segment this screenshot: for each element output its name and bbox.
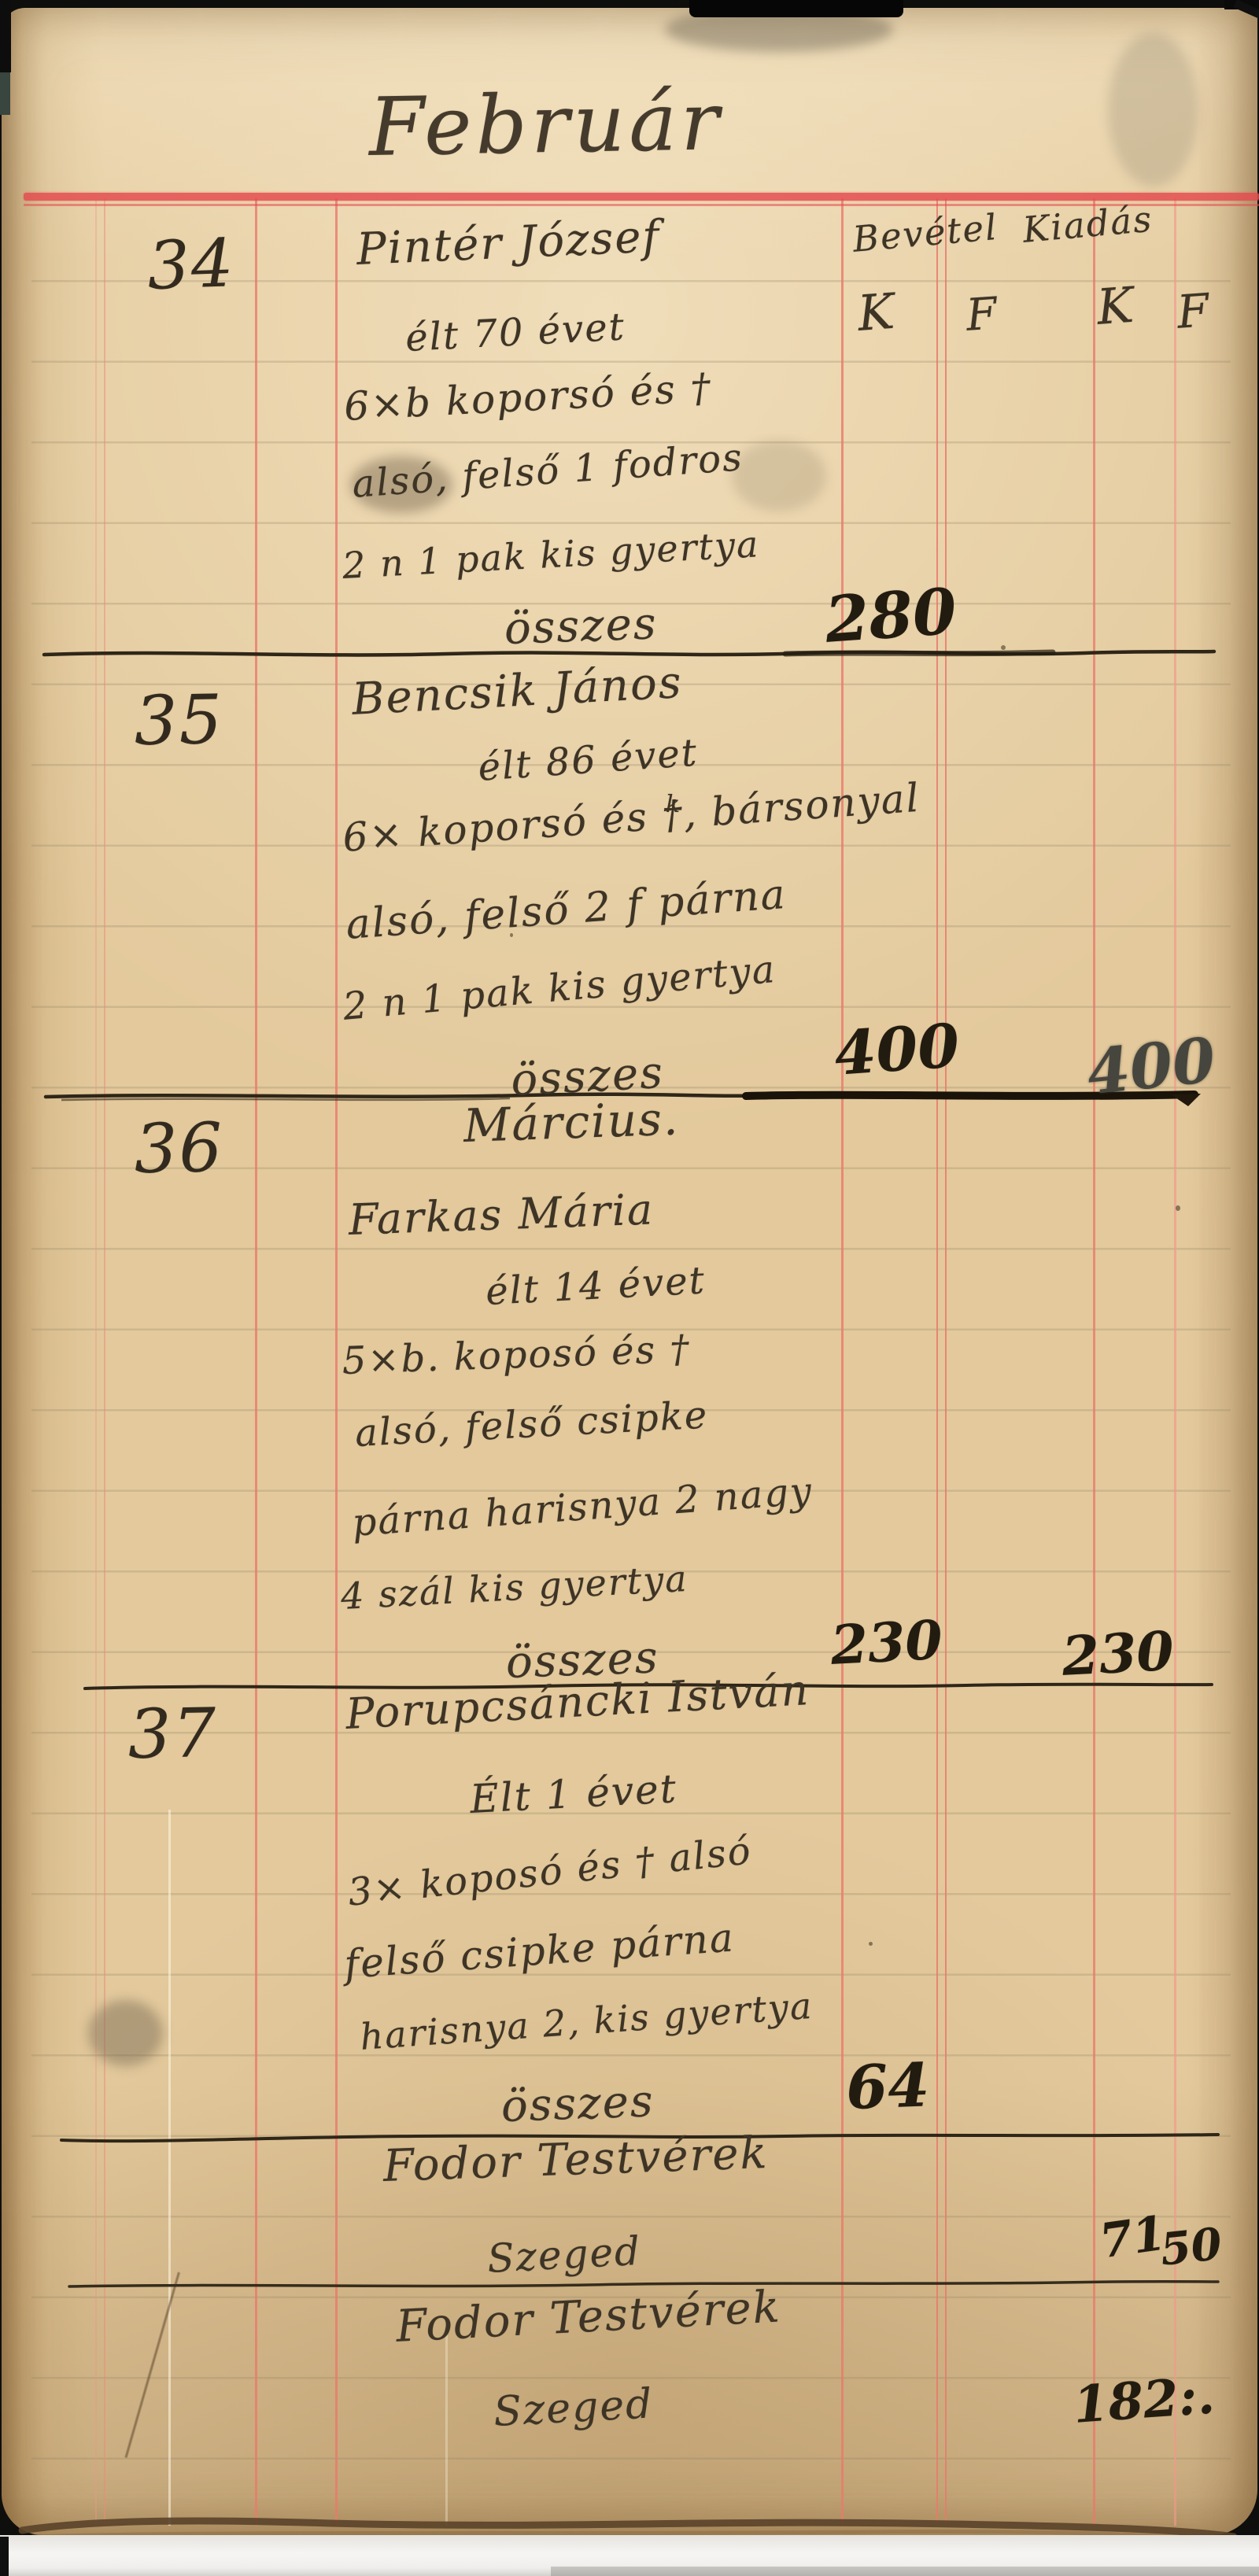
ledger-page: [2, 8, 1257, 2535]
bottom-scan-shade: [551, 2567, 1259, 2576]
bottom-left-scan-edge: [0, 2537, 9, 2576]
scanned-ledger-screenshot: { "document": { "title": "Február" }, "c…: [0, 0, 1259, 2576]
scanner-background: [0, 2535, 1259, 2576]
